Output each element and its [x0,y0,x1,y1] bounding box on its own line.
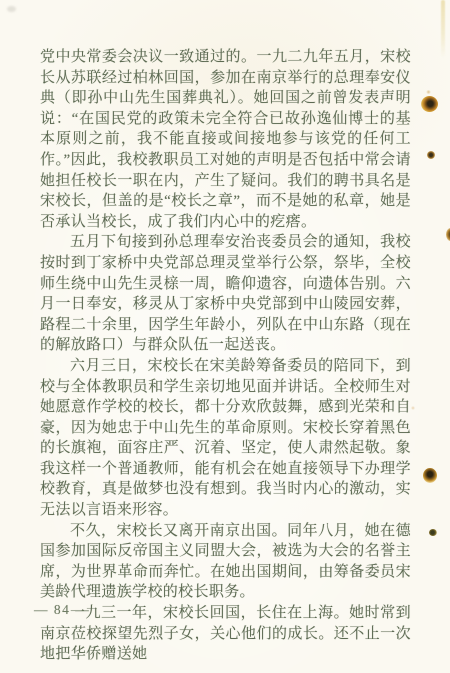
foxing-stain [446,228,450,241]
paragraph-5: 一九三一年，宋校长回国，长住在上海。她时常到南京莅校探望先烈子女，关心他们的成长… [40,603,411,665]
foxing-stain [421,96,438,112]
foxing-stain [423,468,437,483]
paragraph-4: 不久，宋校长又离开南京出国。同年八月，她在德国参加国际反帝国主义同盟大会，被选为… [40,521,411,603]
foxing-stain [427,151,435,159]
body-text: 党中央常委会决议一致通过的。一九二九年五月，宋校长从苏联经过柏林回国，参加在南京… [40,47,411,665]
scanned-book-page: 党中央常委会决议一致通过的。一九二九年五月，宋校长从苏联经过柏林回国，参加在南京… [0,0,450,673]
paragraph-2: 五月下旬接到孙总理奉安治丧委员会的通知，我校按时到丁家桥中央党部总理灵堂举行公祭… [40,232,411,356]
foxing-stain [426,90,431,94]
page-number: — 84 — [34,602,90,618]
edge-streak [441,0,445,58]
foxing-stain [429,529,437,536]
corner-smudge [7,6,16,12]
paragraph-1: 党中央常委会决议一致通过的。一九二九年五月，宋校长从苏联经过柏林回国，参加在南京… [40,47,411,232]
paragraph-3: 六月三日，宋校长在宋美龄筹备委员的陪同下，到校与全体教职员和学生亲切地见面并讲话… [40,356,411,521]
foxing-stain [411,406,415,410]
